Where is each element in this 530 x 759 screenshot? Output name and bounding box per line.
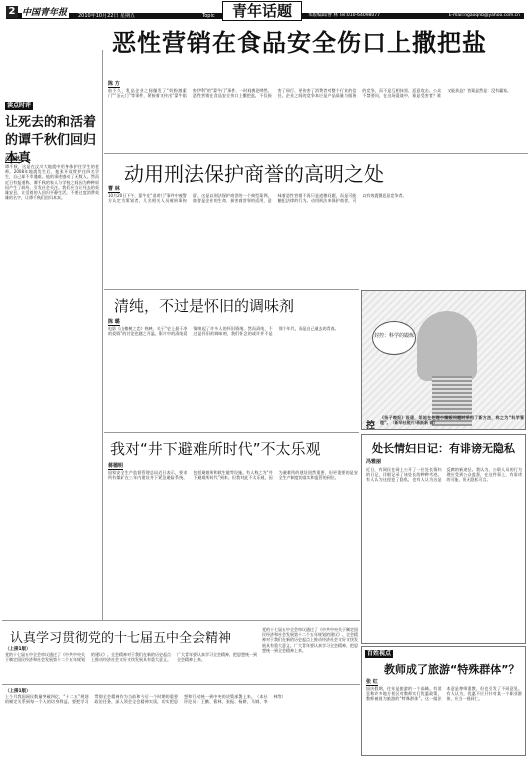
section-title: 青年话题	[222, 1, 302, 21]
section-divider	[2, 620, 360, 621]
teachers-author: 张 红	[366, 678, 378, 686]
cartoon-sign: 封控：科学的锻炼	[372, 321, 416, 355]
second-headline: 动用刑法保护商誉的高明之处	[124, 158, 384, 187]
issue-date: 2010年10月22日 星期五	[78, 13, 135, 19]
column-divider	[102, 50, 103, 620]
teachers-headline: 教师成了旅游“特殊群体”？	[384, 661, 519, 677]
diary-headline: 处长情妇日记：有诽谤无隐私	[372, 440, 515, 456]
main-headline: 恶性营销在食品安全伤口上撒把盐	[112, 23, 487, 58]
third-author: 陈 璐	[108, 318, 120, 326]
study-body-a: 党的十七届五中全会审议通过了《中共中央关于制定国民经济和社会发展第十二个五年规划…	[5, 652, 257, 680]
editor-line: 本版编辑/曹 林 Tel:010-64098077	[308, 13, 380, 19]
cartoon-caption: 《扬子晚报》报道，某地在处理小摊贩问题时采用了新方法，称之为“科学管理”。（新华…	[380, 415, 524, 431]
fourth-body: 国家安全生产监督管理总局近日表示，要求所有煤矿在三年内建设井下紧急避险系统，包括…	[108, 470, 358, 588]
cartoon-image: 封控：科学的锻炼	[361, 290, 526, 430]
fourth-author: 蒋德明	[108, 462, 123, 470]
section-divider	[104, 153, 528, 154]
study-body-a-cont: 党的十七届五中全会审议通过了《中共中央关于制定国民经济和社会发展第十二个五年规划…	[262, 627, 358, 677]
teachers-tag: 百姓视点	[365, 650, 393, 658]
diary-author: 冯雅丽	[366, 458, 381, 465]
diary-body: 近日，有网民在网上公开了一位处长情妇的日记，详细记录了该处长的种种劣迹。有人认为…	[366, 467, 522, 639]
study-headline: 认真学习贯彻党的十七届五中全会精神	[10, 627, 231, 646]
topic-label: Topic	[202, 13, 215, 19]
third-headline: 清纯，不过是怀旧的调味剂	[114, 295, 294, 316]
study-body-b: 上个月我国网民数量突破四亿，“十二五”规划的制定关系到每一个人的切身利益。要把学…	[5, 694, 357, 756]
teachers-body: 国庆假期，往年是旅游的一个高峰。有消息称许多地方景区对教师实行优惠政策，教师被视…	[366, 686, 522, 752]
section-divider	[2, 684, 360, 685]
masthead: 2 中国青年报 2010年10月22日 星期五 Topic 青年话题 本版编辑/…	[6, 5, 524, 19]
section-divider	[104, 289, 359, 290]
cartoon-caption-title: 控	[366, 418, 375, 431]
main-author: 陈 方	[108, 80, 120, 88]
second-author: 曹 林	[108, 185, 120, 193]
cartoon-figure	[417, 311, 477, 381]
section-divider	[104, 432, 359, 433]
column-tag: 读点时评	[5, 102, 33, 110]
left-author: 卢荻秋	[5, 155, 20, 163]
second-body: 10月20日下午，蒙牛在“诽谤门”事件中被警方认定为策划者，几名相关人员被刑事拘…	[108, 193, 526, 286]
left-body: 谭千秋，这是在汶川大地震中用身体护住学生的老师。2008年地震发生后，他张开双臂…	[5, 164, 99, 584]
paper-logo: 中国青年报	[22, 5, 69, 18]
main-body: 前不久，乳品企业之间爆发了“奶粉激素门”“圣元门”等事件，紧接着又传出“蒙牛陷害…	[108, 88, 526, 150]
page-number: 2	[6, 6, 18, 18]
fourth-headline: 我对“井下避难所时代”不太乐观	[110, 438, 321, 459]
third-body: 电影《山楂树之恋》热映，关于“史上最干净的爱情”的讨论也随之升温。影片中的清纯爱…	[108, 326, 358, 426]
email-line: E-mail:ngaoqnb@yahoo.com.cn	[449, 13, 520, 19]
